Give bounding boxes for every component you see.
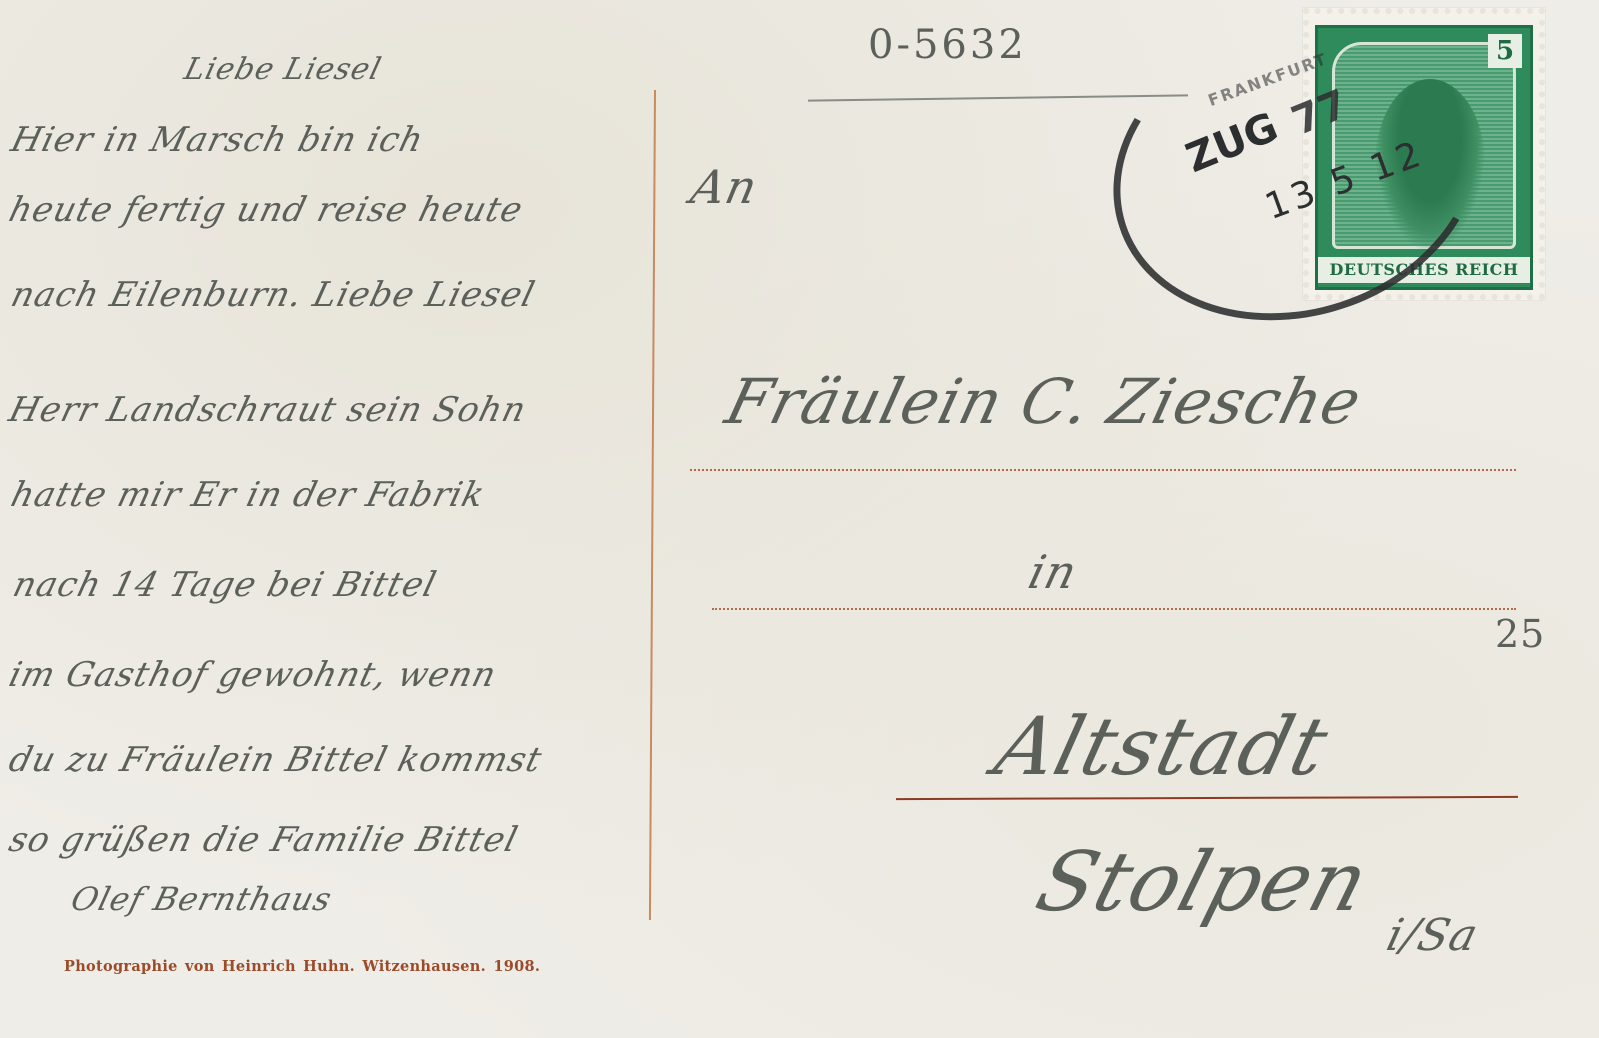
margin-note: 25 (1495, 612, 1545, 656)
address-region: i/Sa (1382, 910, 1484, 961)
address-prefix: An (686, 160, 762, 214)
message-line-3: nach Eilenburn. Liebe Liesel (7, 275, 539, 315)
photographer-imprint: Photographie von Heinrich Huhn. Witzenha… (64, 958, 540, 975)
message-line-2: heute fertig und reise heute (5, 190, 527, 230)
message-line-5: hatte mir Er in der Fabrik (7, 475, 489, 515)
message-line-7: im Gasthof gewohnt, wenn (5, 655, 501, 695)
salutation: Liebe Liesel (181, 52, 386, 87)
address-city: Stolpen (1026, 835, 1379, 930)
message-line-9: so grüßen die Familie Bittel (5, 820, 522, 860)
center-divider (649, 90, 656, 920)
message-line-1: Hier in Marsch bin ich (7, 120, 428, 160)
address-line-1 (690, 469, 1516, 471)
message-line-6: nach 14 Tage bei Bittel (9, 565, 441, 605)
postcard-back: Liebe Liesel Hier in Marsch bin ich heut… (0, 0, 1599, 1038)
address-town: Altstadt (986, 700, 1337, 793)
stamp-value: 5 (1488, 34, 1522, 68)
address-line-3 (896, 796, 1518, 800)
address-in: in (1023, 545, 1083, 599)
signature: Olef Bernthaus (67, 880, 336, 918)
address-line-2 (712, 608, 1516, 610)
reference-underline (808, 94, 1188, 101)
message-line-8: du zu Fräulein Bittel kommst (5, 740, 546, 780)
address-recipient: Fräulein C. Ziesche (719, 365, 1369, 438)
message-line-4: Herr Landschraut sein Sohn (5, 390, 531, 430)
reference-number: 0-5632 (868, 22, 1027, 68)
